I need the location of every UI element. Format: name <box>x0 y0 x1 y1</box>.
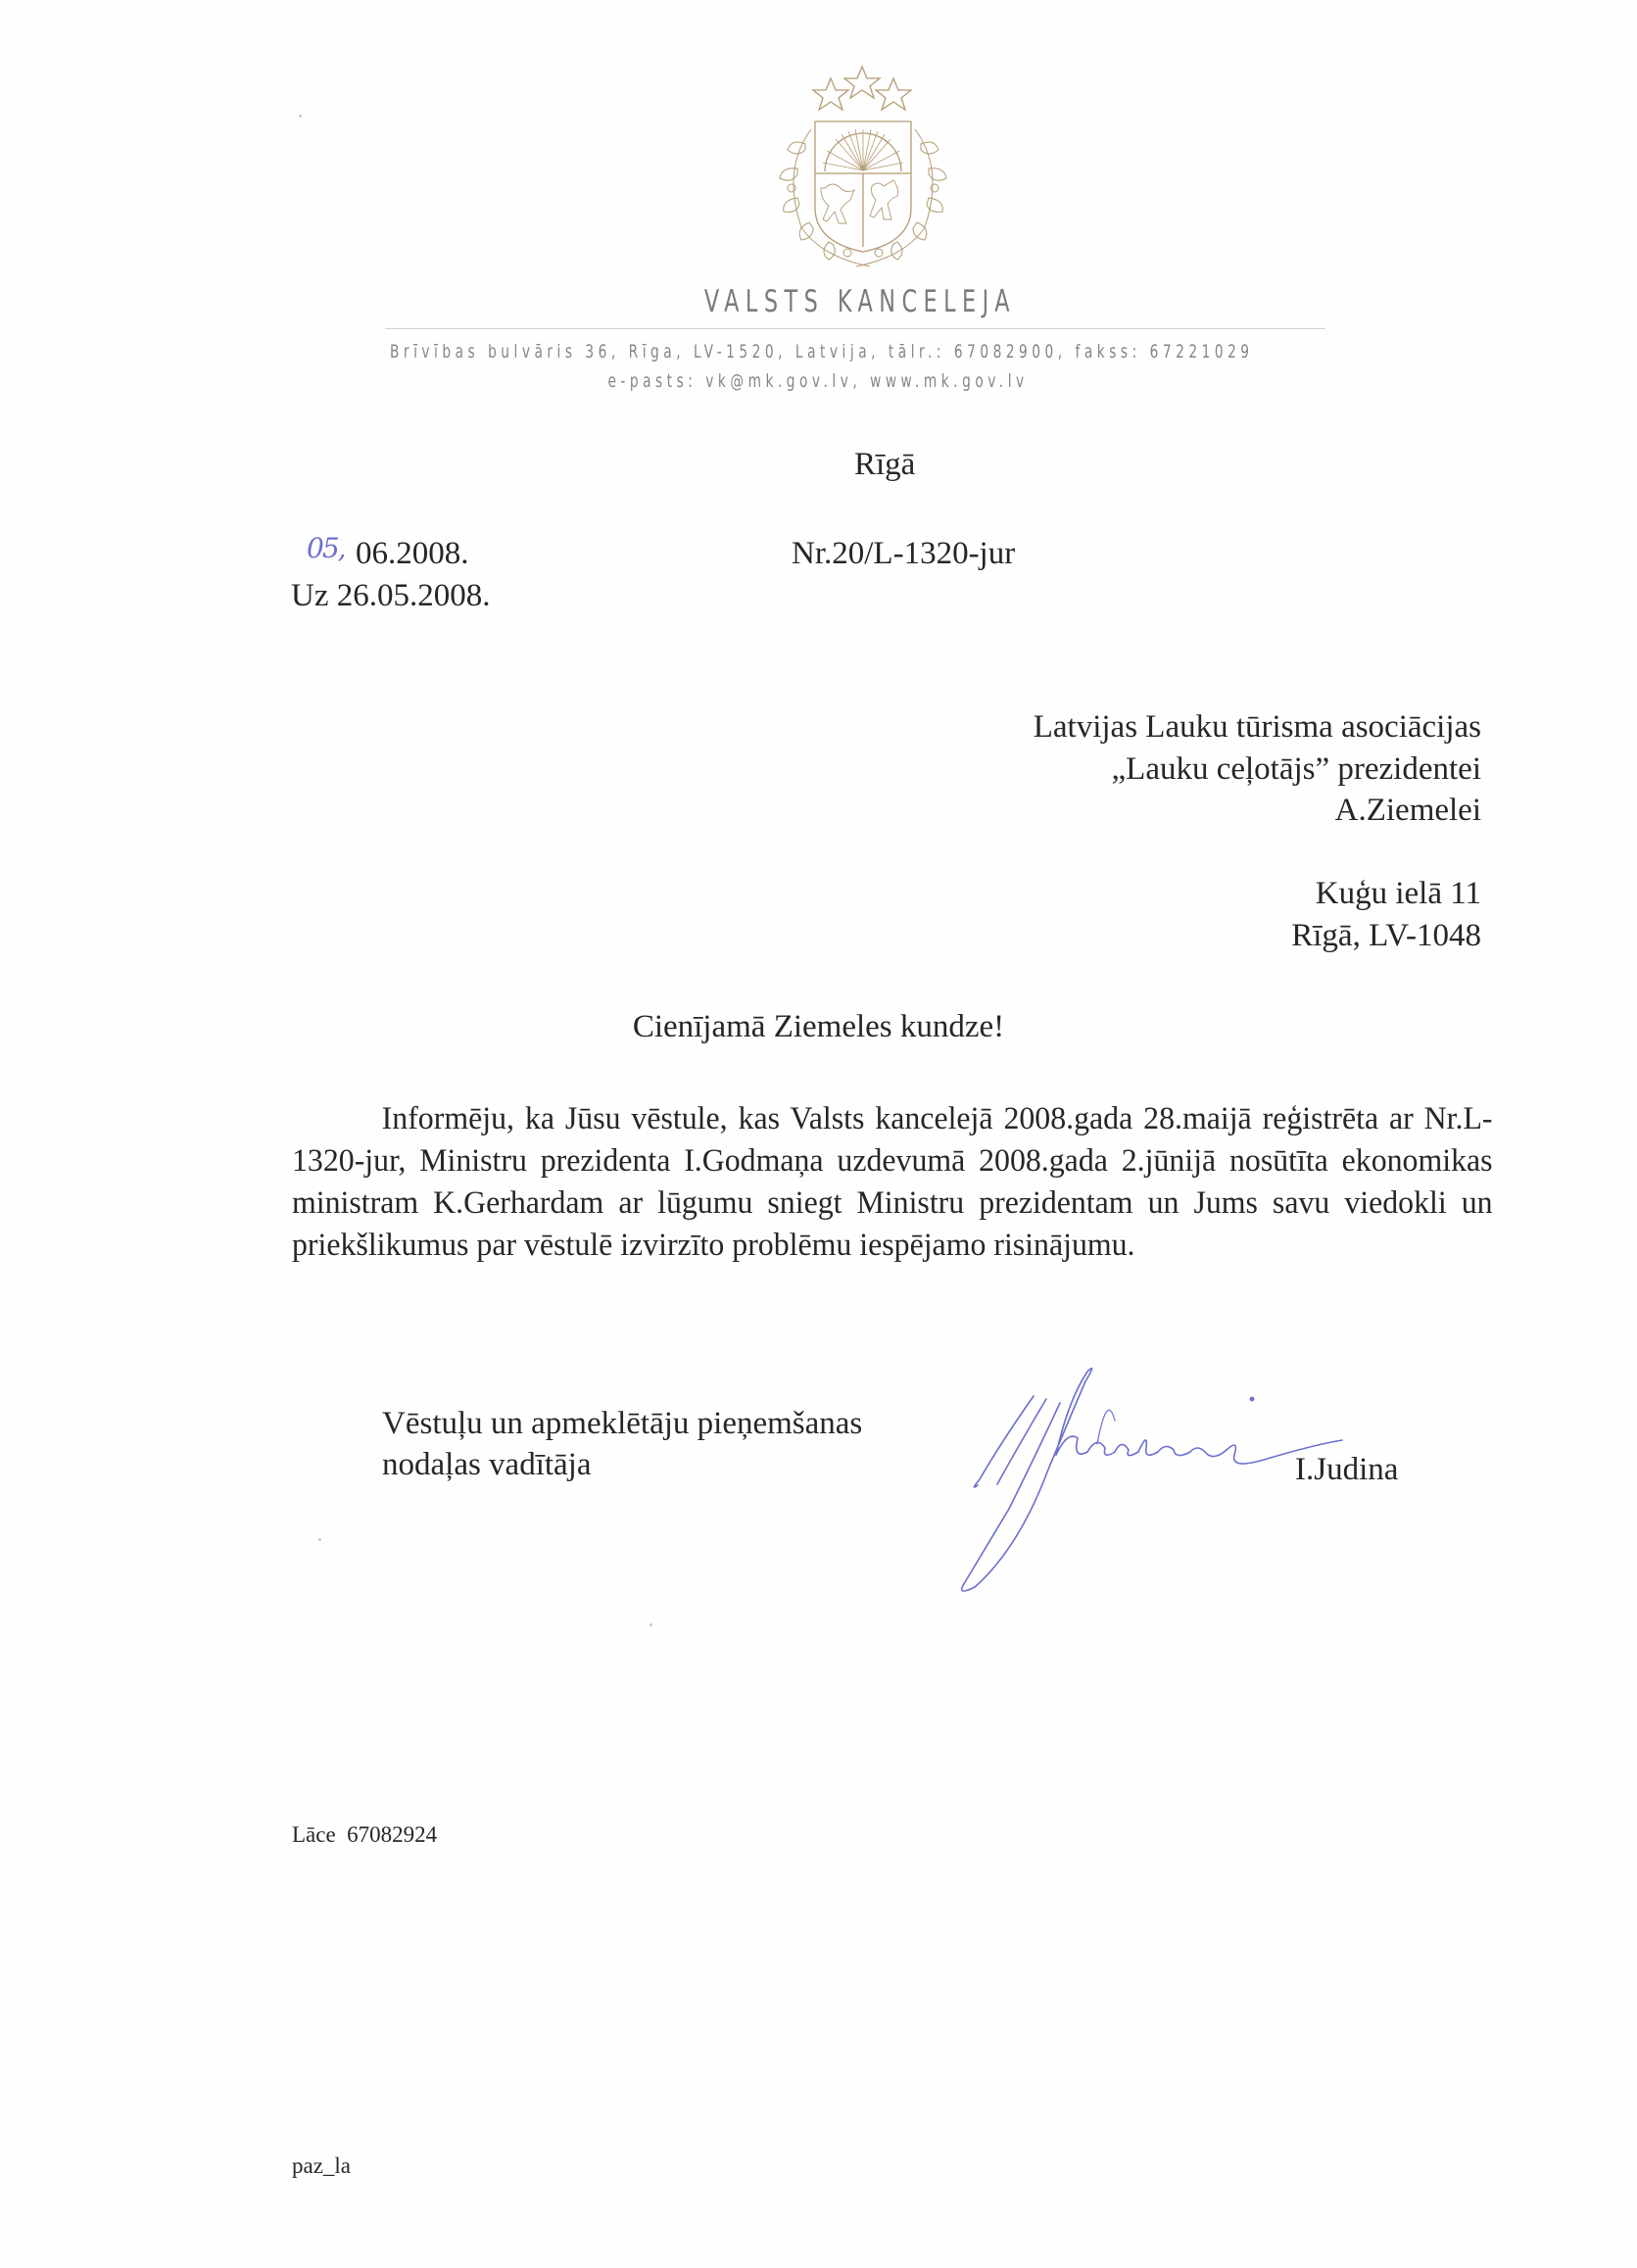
recipient-address-line: Rīgā, LV-1048 <box>1291 920 1481 952</box>
letterhead-address: Brīvības bulvāris 36, Rīga, LV-1520, Lat… <box>390 341 1254 362</box>
letter-date: 06.2008. <box>356 538 469 570</box>
handwritten-day: 05, <box>307 532 345 564</box>
recipient-line: Latvijas Lauku tūrisma asociācijas <box>1034 711 1481 744</box>
recipient-line: „Lauku ceļotājs” prezidentei <box>1112 753 1481 786</box>
reply-to-date: Uz 26.05.2008. <box>291 580 490 612</box>
letterhead-contact-text: e-pasts: vk@mk.gov.lv, www.mk.gov.lv <box>608 370 1029 392</box>
file-code: paz_la <box>292 2154 351 2177</box>
scan-speck <box>299 115 302 118</box>
signatory-name: I.Judina <box>1295 1454 1398 1486</box>
letterhead-divider <box>385 328 1325 329</box>
organization-name: VALSTS KANCELEJA <box>689 284 1032 319</box>
letter-page: VALSTS KANCELEJA Brīvības bulvāris 36, R… <box>0 0 1637 2268</box>
executor-contact: Lāce 67082924 <box>292 1823 437 1846</box>
latvian-coat-of-arms-icon <box>754 61 970 271</box>
place-of-issue: Rīgā <box>854 449 915 481</box>
letterhead-contact: e-pasts: vk@mk.gov.lv, www.mk.gov.lv <box>0 370 1637 392</box>
recipient-line: A.Ziemelei <box>1335 795 1481 827</box>
recipient-address-line: Kuģu ielā 11 <box>1316 878 1481 910</box>
scan-speck <box>650 1623 652 1626</box>
scan-speck <box>318 1538 321 1541</box>
signatory-title-line: Vēstuļu un apmeklētāju pieņemšanas <box>382 1408 862 1440</box>
signatory-title-line: nodaļas vadītāja <box>382 1449 592 1481</box>
letter-body: Informēju, ka Jūsu vēstule, kas Valsts k… <box>292 1098 1493 1267</box>
salutation: Cienījamā Ziemeles kundze! <box>0 1011 1637 1043</box>
reference-number: Nr.20/L-1320-jur <box>792 538 1015 570</box>
